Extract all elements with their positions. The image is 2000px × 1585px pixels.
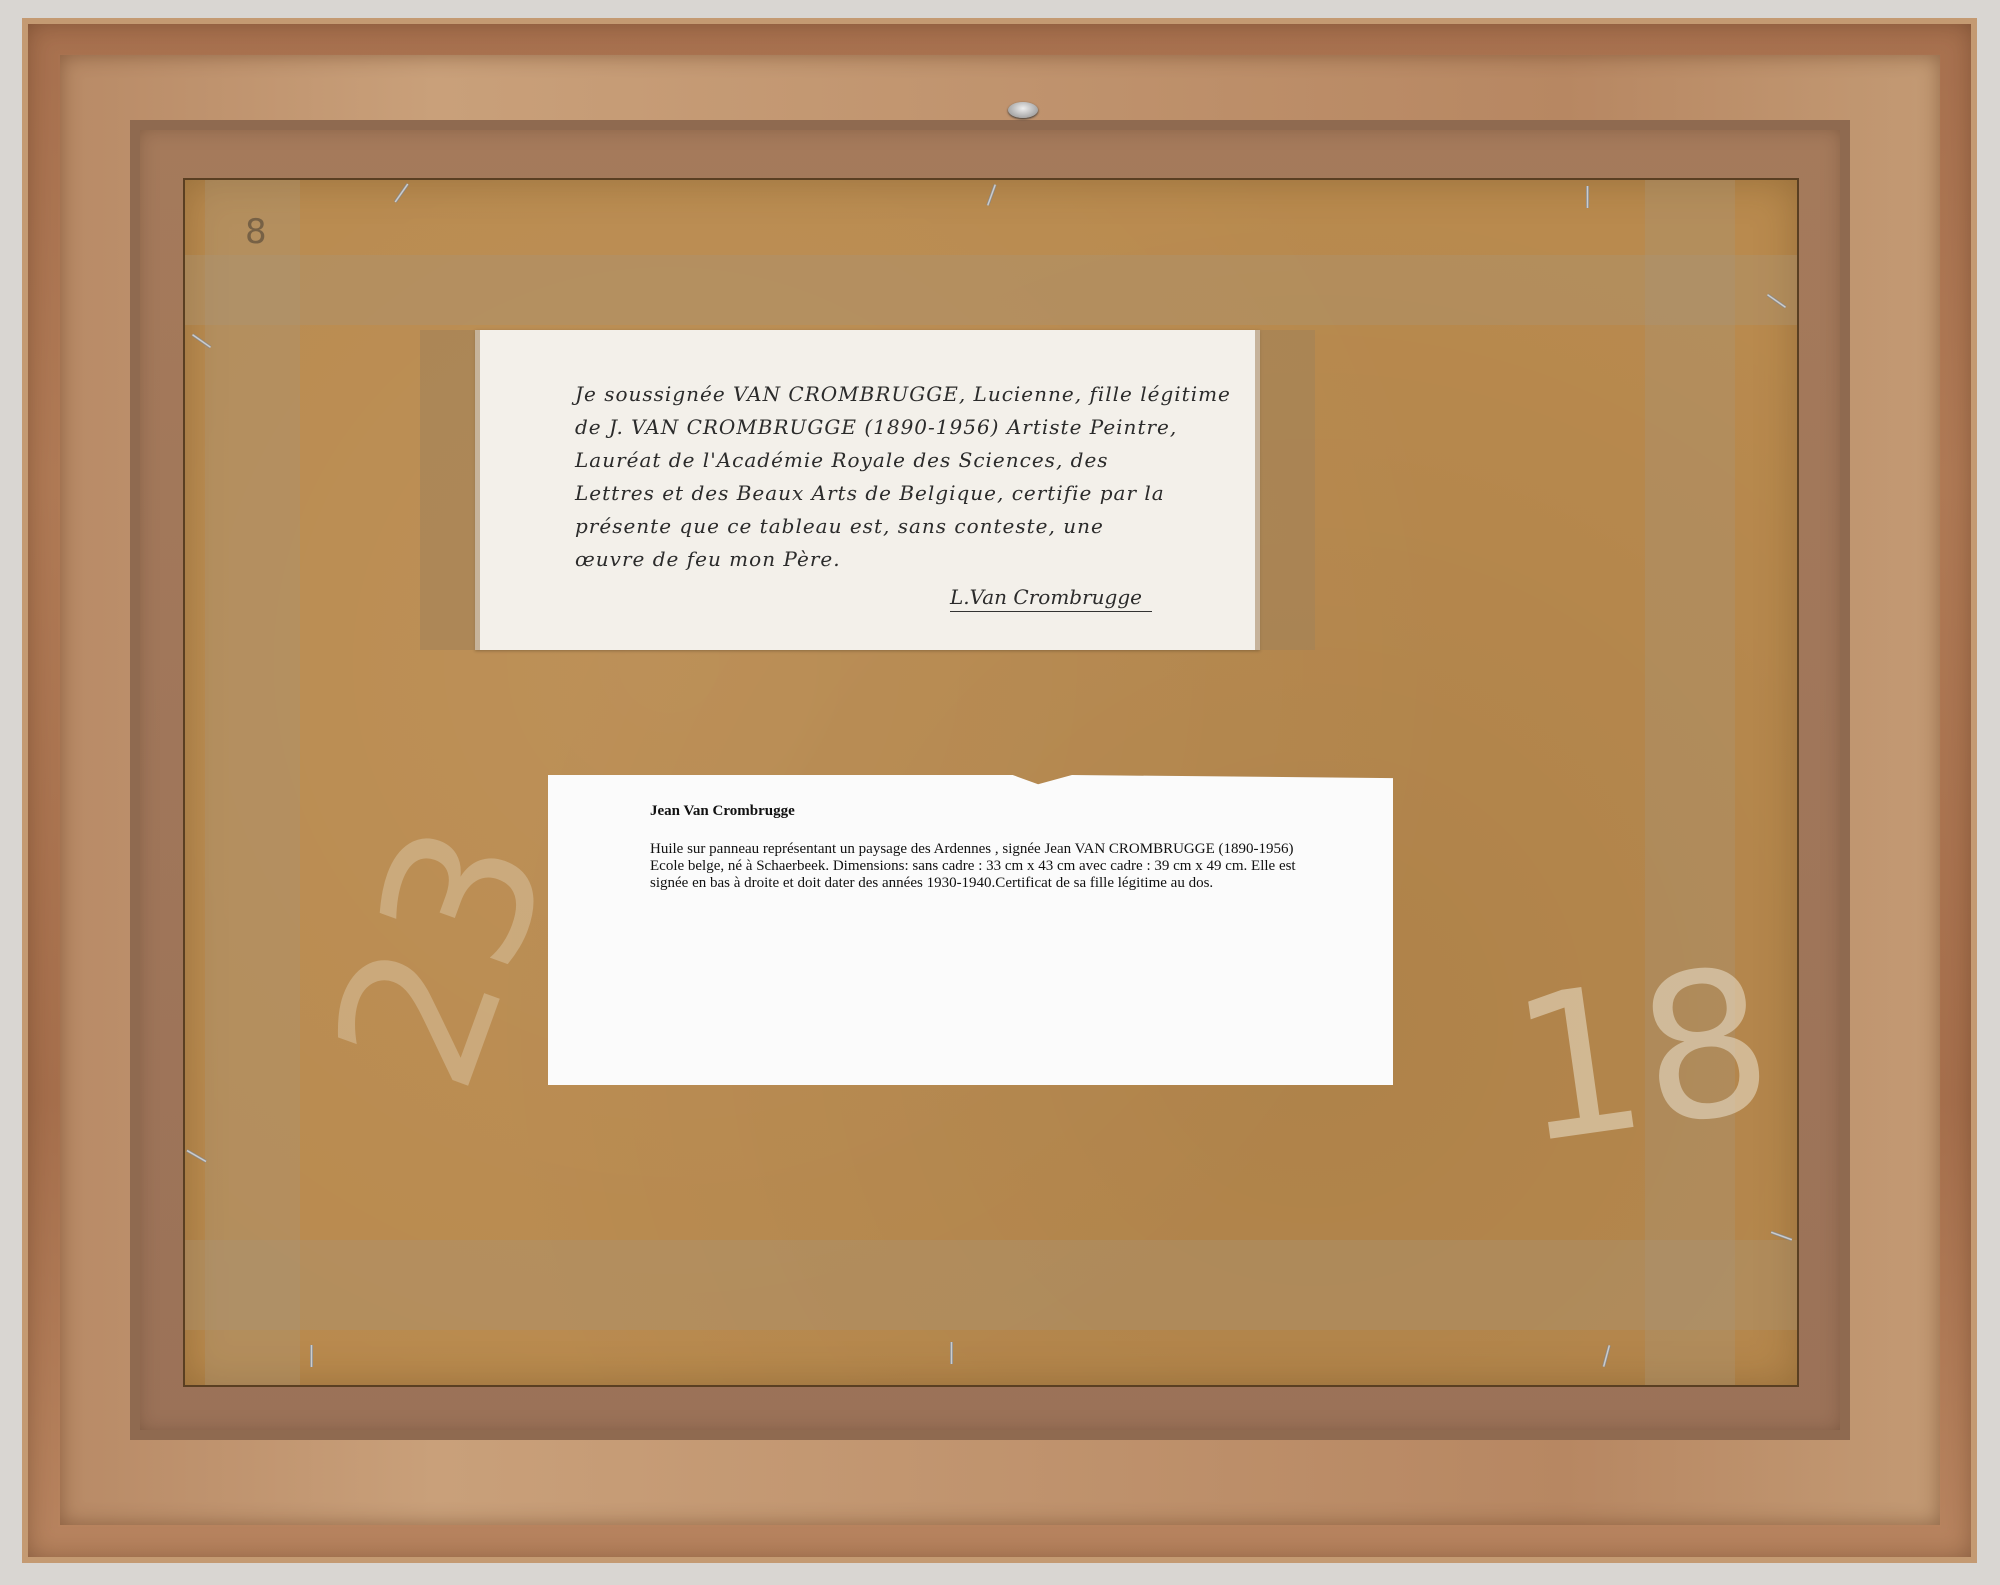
cert-line: œuvre de feu mon Père. <box>575 543 1225 576</box>
tape-residue-left <box>205 180 300 1385</box>
pencil-number: 8 <box>245 212 267 252</box>
tape-residue-right <box>1645 180 1735 1385</box>
nail-icon <box>1586 186 1589 208</box>
certificate-text: Je soussignée VAN CROMBRUGGE, Lucienne, … <box>575 378 1225 576</box>
label-title: Jean Van Crombrugge <box>650 803 795 820</box>
chalk-number-right: 18 <box>1500 923 1784 1189</box>
tape-right <box>1255 330 1315 650</box>
cert-line: Lauréat de l'Académie Royale des Science… <box>575 444 1225 477</box>
label-body: Huile sur panneau représentant un paysag… <box>650 841 1300 892</box>
handwritten-certificate: Je soussignée VAN CROMBRUGGE, Lucienne, … <box>475 330 1260 650</box>
cert-line: de J. VAN CROMBRUGGE (1890-1956) Artiste… <box>575 411 1225 444</box>
nail-icon <box>950 1342 953 1364</box>
printed-label: Jean Van Crombrugge Huile sur panneau re… <box>548 775 1393 1085</box>
cert-line: Lettres et des Beaux Arts de Belgique, c… <box>575 477 1225 510</box>
cert-line: présente que ce tableau est, sans contes… <box>575 510 1225 543</box>
tape-left <box>420 330 480 650</box>
signature: L.Van Crombrugge <box>950 585 1152 612</box>
cert-line: Je soussignée VAN CROMBRUGGE, Lucienne, … <box>575 378 1225 411</box>
tape-residue-bottom <box>185 1240 1797 1330</box>
hanger-screw-icon <box>1008 102 1038 118</box>
nail-icon <box>310 1345 313 1367</box>
tape-residue-top <box>185 255 1797 325</box>
